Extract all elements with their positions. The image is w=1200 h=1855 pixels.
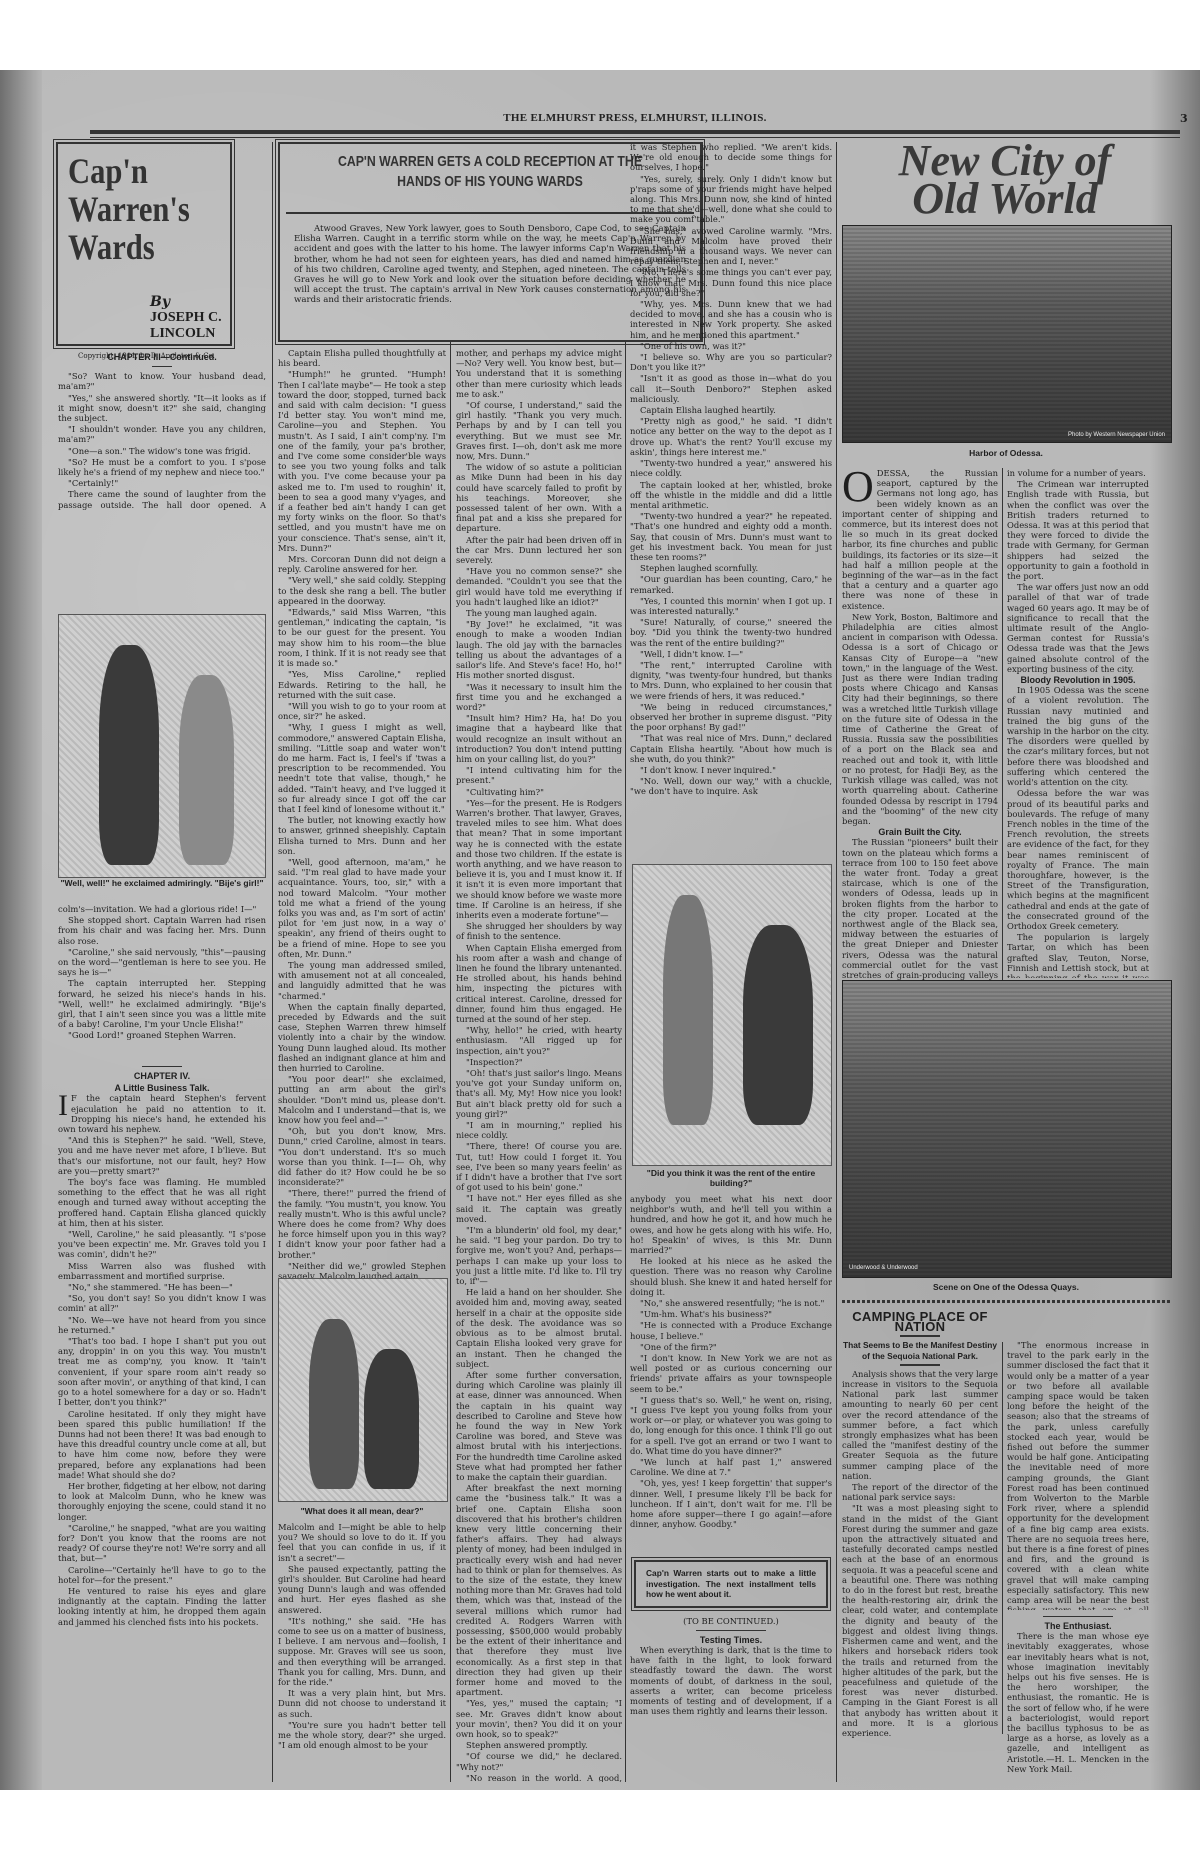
serial-title-box: Cap'n Warren's Wards By JOSEPH C. LINCOL…: [56, 142, 232, 346]
serial-title: Cap'n Warren's Wards: [68, 152, 190, 266]
chapter-rule: [142, 1066, 182, 1067]
masthead-rule: [90, 130, 1180, 134]
subhead-grain: Grain Built the City.: [842, 827, 998, 837]
figure-captain-chair: [743, 925, 813, 1125]
serial-column-4b: anybody you meet what his next door neig…: [630, 1194, 832, 1549]
column-divider: [625, 340, 626, 1782]
serial-ending: Cap'n Warren starts out to make a little…: [630, 1552, 832, 1782]
wavy-rule: [842, 1300, 1170, 1303]
enthusiast-article: The Enthusiast. There is the man whose e…: [1007, 1612, 1149, 1782]
chapter-4-subheading: A Little Business Talk.: [58, 1083, 266, 1093]
camping-headline: CAMPING PLACE OF NATION: [842, 1312, 998, 1332]
figure-caroline: [179, 675, 234, 865]
enthusiast-heading: The Enthusiast.: [1007, 1621, 1149, 1631]
ornament-rule: [152, 366, 172, 367]
illustration-women-consoling: [278, 1278, 448, 1502]
column-divider: [836, 142, 837, 1782]
serial-column-4a: it was Stephen who replied. "We aren't k…: [630, 142, 832, 862]
chapter-4-heading: CHAPTER IV.: [58, 1071, 266, 1081]
drop-cap-o: O: [842, 468, 874, 506]
chapter-3-heading: CHAPTER III—Continued.: [58, 352, 266, 362]
testing-times-body: When everything is dark, that is the tim…: [630, 1645, 832, 1716]
serial-column-3: mother, and perhaps my advice might—No? …: [456, 348, 622, 1782]
photo-harbor-of-odessa: Photo by Western Newspaper Union: [842, 225, 1172, 443]
illustration-uncle-greets-niece: [58, 614, 266, 878]
figure-captain: [99, 645, 159, 865]
illustration-caption-2: "What does it all mean, dear?": [278, 1506, 446, 1518]
serial-column-1a: CHAPTER III—Continued. "So? Want to know…: [58, 350, 266, 510]
camping-subheadline: That Seems to Be the Manifest Destiny of…: [842, 1340, 998, 1360]
testing-times-heading: Testing Times.: [630, 1635, 832, 1645]
illustration-caption-3: "Did you think it was the rent of the en…: [632, 1168, 830, 1192]
camping-column-b: "The enormous increase in travel to the …: [1007, 1340, 1149, 1610]
subhead-revolution: Bloody Revolution in 1905.: [1007, 675, 1149, 685]
section-rule: [1043, 1616, 1113, 1617]
serial-column-2b: Malcolm and I—might be able to help you?…: [278, 1522, 446, 1782]
author-name: JOSEPH C. LINCOLN: [150, 310, 222, 342]
masthead: THE ELMHURST PRESS, ELMHURST, ILLINOIS.: [90, 112, 1180, 132]
column-divider: [1002, 1342, 1003, 1734]
camping-column-a: CAMPING PLACE OF NATION That Seems to Be…: [842, 1312, 998, 1782]
serial-column-1c: CHAPTER IV. A Little Business Talk. IF t…: [58, 1062, 266, 1782]
to-be-continued: (TO BE CONTINUED.): [630, 1616, 832, 1626]
headline-rule: [900, 1364, 940, 1366]
figure-mrs-dunn: [309, 1319, 359, 1489]
binding-shadow: [0, 70, 42, 1790]
photo-odessa-quay: Underwood & Underwood: [842, 980, 1172, 1278]
figure-stephen: [663, 895, 713, 1125]
byline-by: By: [150, 294, 170, 310]
illustration-captain-seated: [632, 864, 832, 1166]
photo-caption-harbor: Harbor of Odessa.: [842, 448, 1170, 460]
column-divider: [272, 142, 273, 1782]
odessa-headline: New City of Old World: [840, 142, 1170, 222]
illustration-caption-1: "Well, well!" he exclaimed admiringly. "…: [58, 878, 266, 902]
headline-rule: [900, 1335, 940, 1337]
figure-caroline-seated: [364, 1349, 419, 1489]
enthusiast-body: There is the man whose eye inevitably ex…: [1007, 1631, 1149, 1774]
photo-caption-quay: Scene on One of the Odessa Quays.: [842, 1282, 1170, 1294]
synopsis-text: Atwood Graves, New York lawyer, goes to …: [294, 224, 686, 306]
serial-column-1b: colm's—invitation. We had a glorious rid…: [58, 904, 266, 1054]
section-rule: [696, 1630, 766, 1631]
odessa-column-b: in volume for a number of years. The Cri…: [1007, 468, 1149, 978]
synopsis-heading: CAP'N WARREN GETS A COLD RECEPTION AT TH…: [318, 152, 662, 192]
next-installment-box: Cap'n Warren starts out to make a little…: [634, 1560, 828, 1608]
column-divider: [450, 340, 451, 1782]
drop-cap: I: [58, 1093, 68, 1119]
page-number: 3: [1180, 112, 1188, 125]
